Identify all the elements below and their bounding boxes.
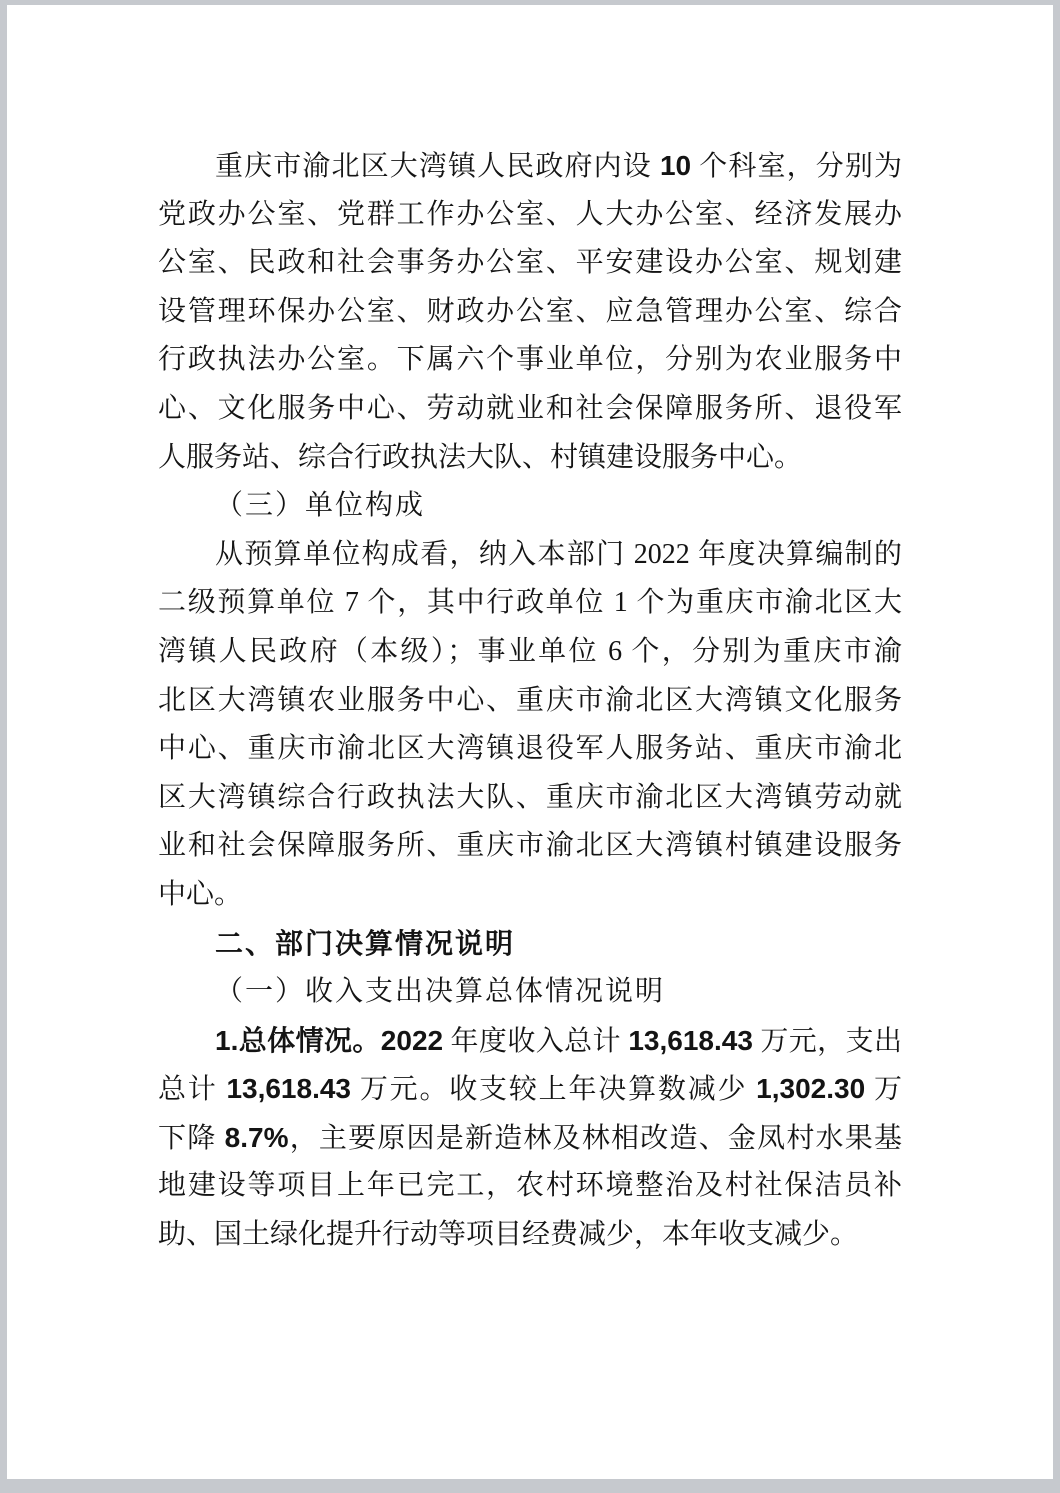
- text-line: 重庆市渝北区大湾镇人民政府内设 10 个科室，分别为: [158, 142, 902, 191]
- number-text: 8.7%: [225, 1122, 289, 1153]
- text-segment: 行政执法办公室。下属六个事业单位，分别为农业服务中: [158, 344, 902, 375]
- document-content: 重庆市渝北区大湾镇人民政府内设 10 个科室，分别为党政办公室、党群工作办公室、…: [158, 142, 902, 1260]
- text-line: 二级预算单位 7 个，其中行政单位 1 个为重庆市渝北区大: [158, 579, 902, 628]
- text-segment: ，主要原因是新造林及林相改造、金凤村水果基: [288, 1123, 902, 1154]
- text-segment: 万元，支出: [753, 1026, 902, 1057]
- text-segment: 设管理环保办公室、财政办公室、应急管理办公室、综合: [158, 296, 902, 327]
- text-segment: 二级预算单位 7 个，其中行政单位 1 个为重庆市渝北区大: [158, 587, 902, 618]
- text-segment: 个科室，分别为: [691, 151, 902, 182]
- text-line: 人服务站、综合行政执法大队、村镇建设服务中心。: [158, 434, 902, 483]
- number-text: 2022: [381, 1025, 443, 1056]
- text-line: 区大湾镇综合行政执法大队、重庆市渝北区大湾镇劳动就: [158, 774, 902, 823]
- text-segment: 党政办公室、党群工作办公室、人大办公室、经济发展办: [158, 199, 902, 230]
- number-text: 13,618.43: [628, 1025, 753, 1056]
- document-page: 重庆市渝北区大湾镇人民政府内设 10 个科室，分别为党政办公室、党群工作办公室、…: [7, 5, 1053, 1479]
- text-line: 行政执法办公室。下属六个事业单位，分别为农业服务中: [158, 336, 902, 385]
- text-segment: 助、国土绿化提升行动等项目经费减少，本年收支减少。: [158, 1219, 858, 1250]
- text-line: （三）单位构成: [158, 482, 902, 531]
- text-segment: 中心、重庆市渝北区大湾镇退役军人服务站、重庆市渝北: [158, 733, 902, 764]
- paragraph-overall-situation: 1.总体情况。2022 年度收入总计 13,618.43 万元，支出总计 13,…: [158, 1017, 902, 1260]
- paragraph-internal-offices: 重庆市渝北区大湾镇人民政府内设 10 个科室，分别为党政办公室、党群工作办公室、…: [158, 142, 902, 482]
- text-segment: 二、部门决算情况说明: [215, 929, 515, 960]
- text-segment: 公室、民政和社会事务办公室、平安建设办公室、规划建: [158, 247, 902, 278]
- text-segment: 万元。收支较上年决算数减少: [351, 1074, 756, 1105]
- subheading-income-expense-overview: （一）收入支出决算总体情况说明: [158, 968, 902, 1017]
- paragraph-budget-units: 从预算单位构成看，纳入本部门 2022 年度决算编制的二级预算单位 7 个，其中…: [158, 531, 902, 920]
- text-segment: 从预算单位构成看，纳入本部门 2022 年度决算编制的: [215, 539, 902, 570]
- number-text: 13,618.43: [226, 1073, 351, 1104]
- text-segment: 总计: [158, 1074, 226, 1105]
- subheading-unit-composition: （三）单位构成: [158, 482, 902, 531]
- number-text: 10: [660, 150, 691, 181]
- text-segment: 心、文化服务中心、劳动就业和社会保障服务所、退役军: [158, 393, 902, 424]
- text-line: 二、部门决算情况说明: [158, 920, 902, 969]
- text-line: 党政办公室、党群工作办公室、人大办公室、经济发展办: [158, 191, 902, 240]
- text-segment: （三）单位构成: [215, 490, 425, 521]
- heading-section-two: 二、部门决算情况说明: [158, 920, 902, 969]
- number-text: 1,302.30: [756, 1073, 865, 1104]
- text-line: 地建设等项目上年已完工，农村环境整治及村社保洁员补: [158, 1162, 902, 1211]
- text-line: 总计 13,618.43 万元。收支较上年决算数减少 1,302.30 万元,: [158, 1065, 902, 1114]
- text-line: 中心。: [158, 871, 902, 920]
- text-segment: 下降: [158, 1123, 225, 1154]
- text-segment: 中心。: [158, 879, 242, 910]
- text-line: 助、国土绿化提升行动等项目经费减少，本年收支减少。: [158, 1211, 902, 1260]
- text-segment: 年度收入总计: [443, 1026, 628, 1057]
- text-line: 湾镇人民政府（本级）；事业单位 6 个，分别为重庆市渝: [158, 628, 902, 677]
- text-segment: 地建设等项目上年已完工，农村环境整治及村社保洁员补: [158, 1170, 902, 1201]
- text-line: 业和社会保障服务所、重庆市渝北区大湾镇村镇建设服务: [158, 822, 902, 871]
- text-segment: （一）收入支出决算总体情况说明: [215, 976, 665, 1007]
- text-segment: 湾镇人民政府（本级）；事业单位 6 个，分别为重庆市渝: [158, 636, 902, 667]
- text-line: 公室、民政和社会事务办公室、平安建设办公室、规划建: [158, 239, 902, 288]
- text-segment: 北区大湾镇农业服务中心、重庆市渝北区大湾镇文化服务: [158, 685, 902, 716]
- text-segment: 重庆市渝北区大湾镇人民政府内设: [215, 151, 660, 182]
- text-line: 从预算单位构成看，纳入本部门 2022 年度决算编制的: [158, 531, 902, 580]
- text-line: （一）收入支出决算总体情况说明: [158, 968, 902, 1017]
- text-line: 设管理环保办公室、财政办公室、应急管理办公室、综合: [158, 288, 902, 337]
- text-segment: 人服务站、综合行政执法大队、村镇建设服务中心。: [158, 442, 802, 473]
- text-line: 中心、重庆市渝北区大湾镇退役军人服务站、重庆市渝北: [158, 725, 902, 774]
- text-line: 北区大湾镇农业服务中心、重庆市渝北区大湾镇文化服务: [158, 677, 902, 726]
- text-line: 心、文化服务中心、劳动就业和社会保障服务所、退役军: [158, 385, 902, 434]
- bold-lead-text: 1.总体情况。: [215, 1025, 381, 1056]
- text-line: 下降 8.7%，主要原因是新造林及林相改造、金凤村水果基: [158, 1114, 902, 1163]
- text-segment: 区大湾镇综合行政执法大队、重庆市渝北区大湾镇劳动就: [158, 782, 902, 813]
- text-segment: 业和社会保障服务所、重庆市渝北区大湾镇村镇建设服务: [158, 830, 902, 861]
- text-line: 1.总体情况。2022 年度收入总计 13,618.43 万元，支出: [158, 1017, 902, 1066]
